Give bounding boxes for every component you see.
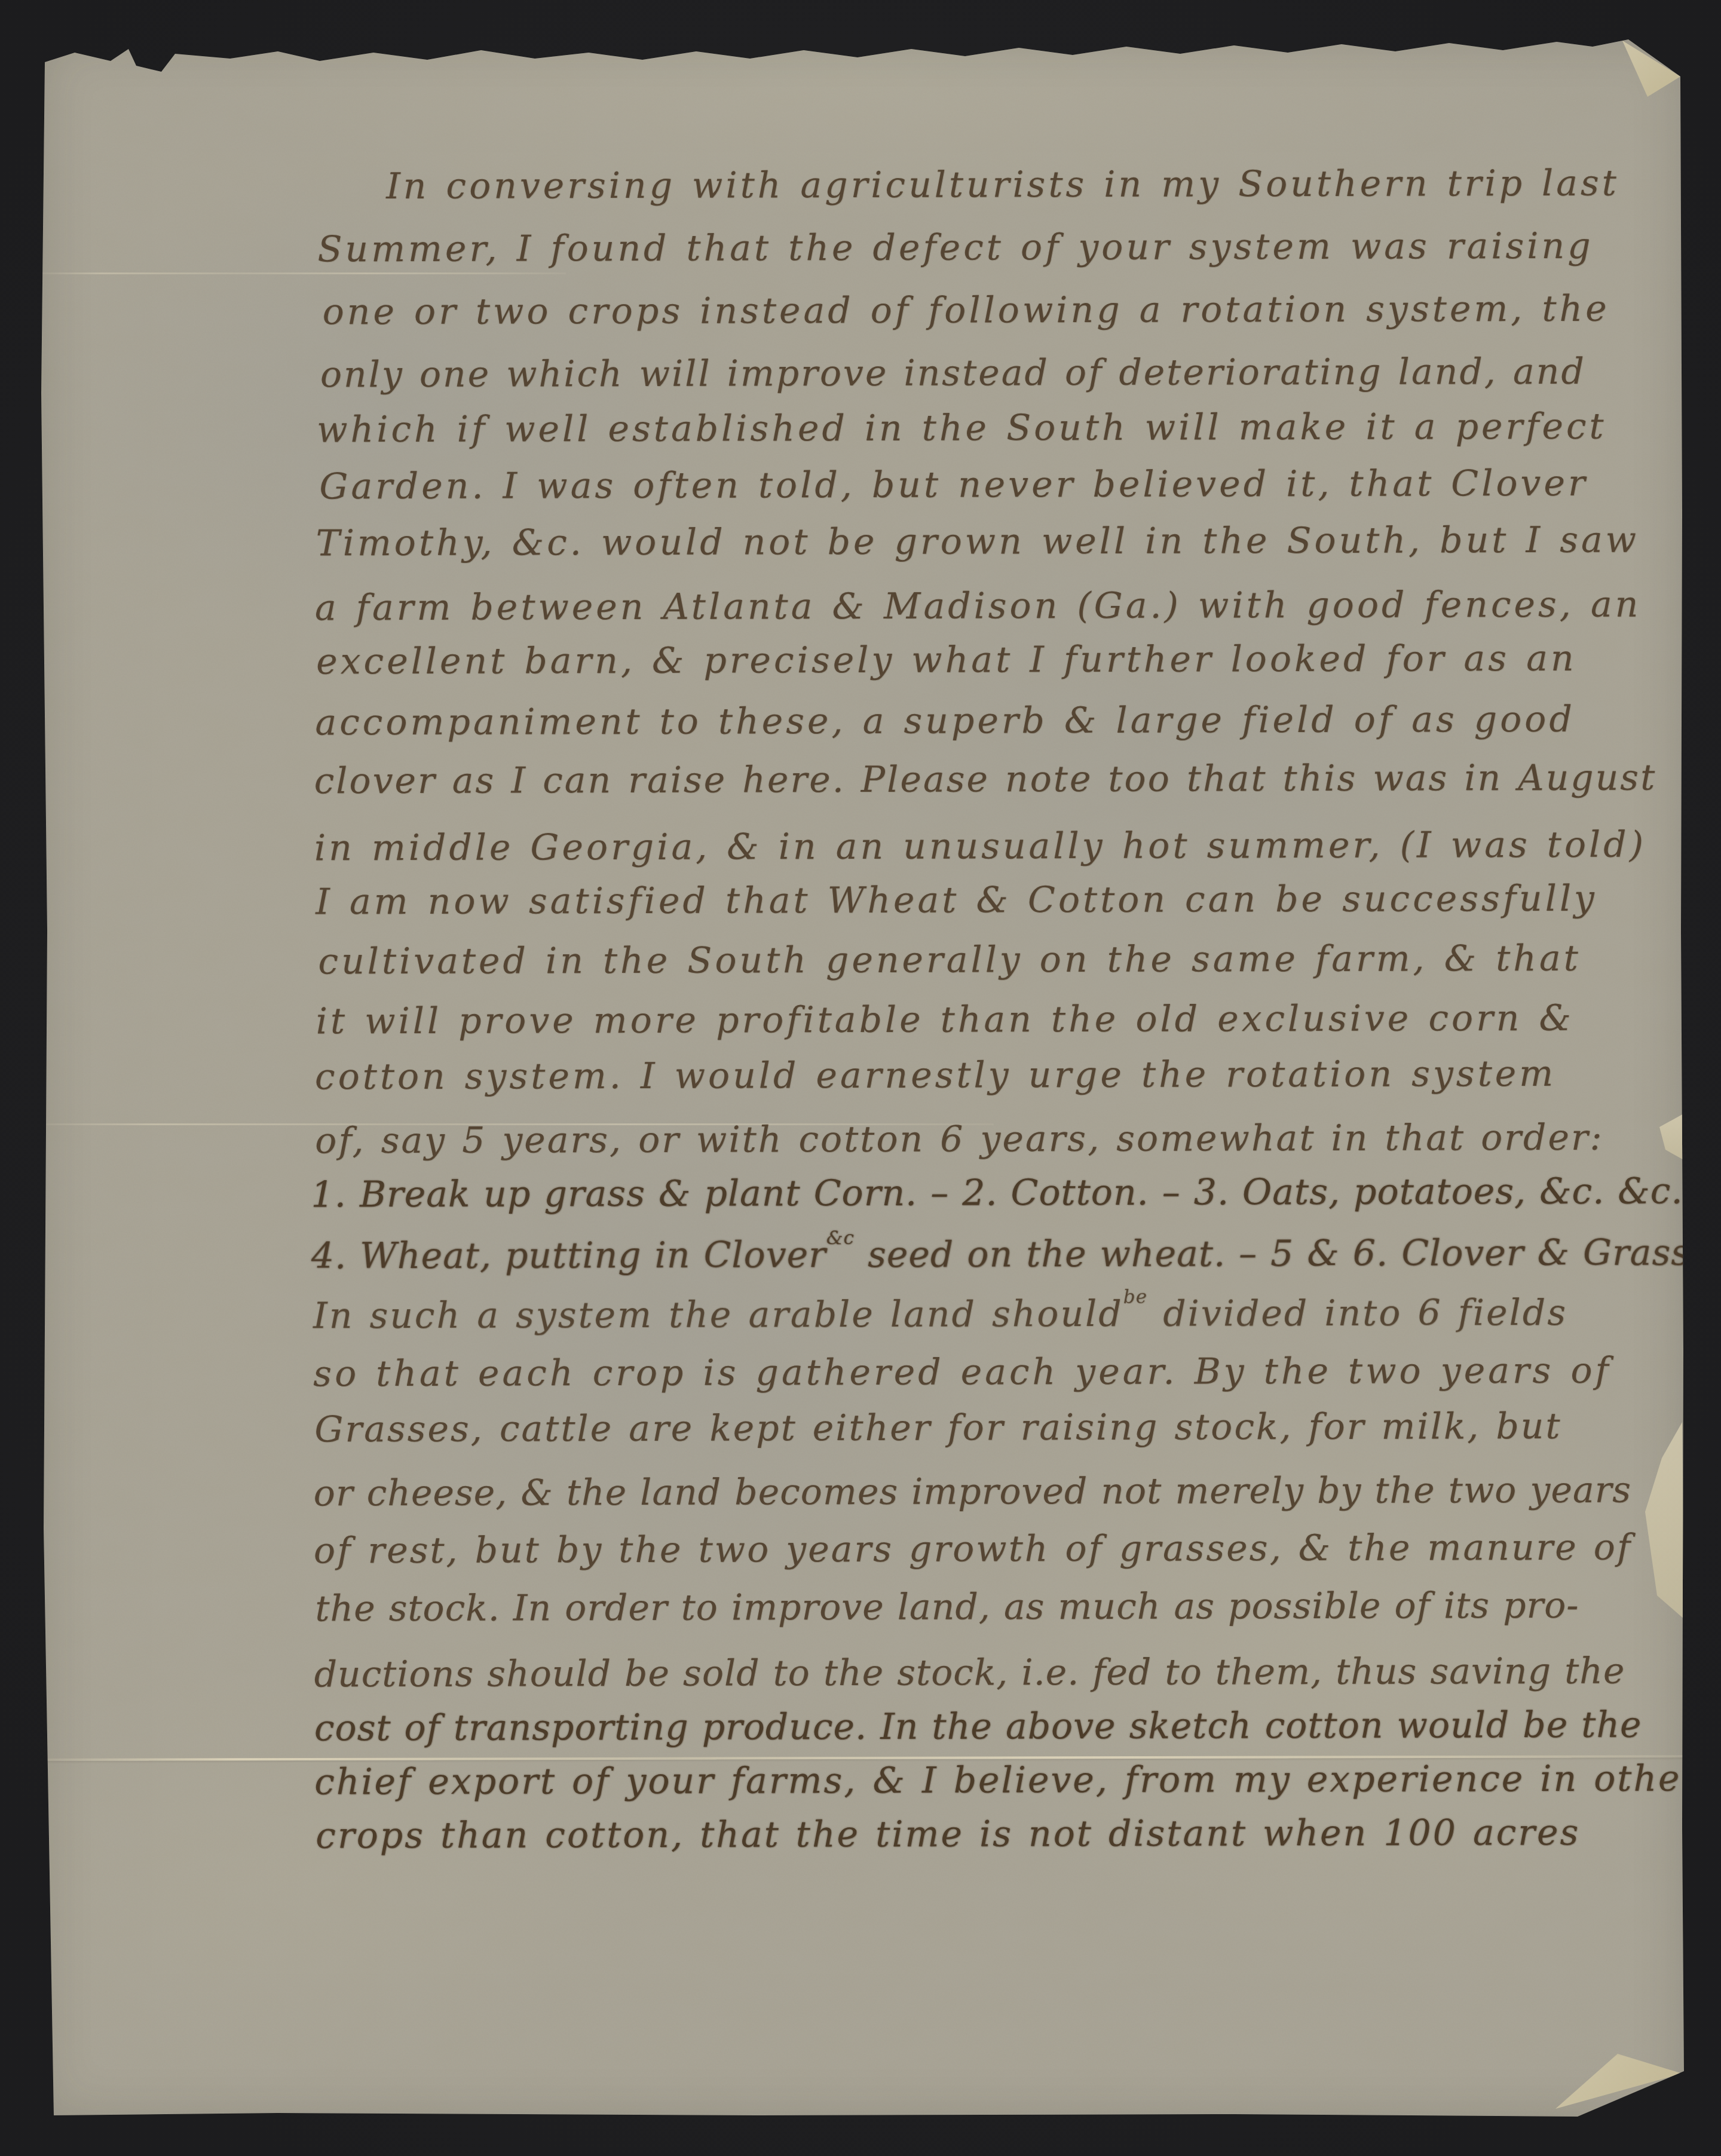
manuscript-line: I am now satisfied that Wheat & Cotton c… [316, 881, 1597, 920]
line-segment: seed on the wheat. – 5 & 6. Clover & Gra… [855, 1232, 1690, 1276]
manuscript-line: clover as I can raise here. Please note … [314, 760, 1657, 800]
inserted-text: &c [826, 1227, 855, 1249]
manuscript-line: or cheese, & the land becomes improved n… [314, 1472, 1631, 1512]
scan-background: In conversing with agriculturists in my … [0, 0, 1721, 2156]
manuscript-line: 4. Wheat, putting in Clover&c seed on th… [311, 1235, 1690, 1274]
manuscript-line: the stock. In order to improve land, as … [315, 1588, 1579, 1627]
manuscript-line: cost of transporting produce. In the abo… [314, 1707, 1642, 1747]
manuscript-line: excellent barn, & precisely what I furth… [316, 641, 1576, 680]
manuscript-line: in middle Georgia, & in an unusually hot… [314, 827, 1646, 866]
manuscript-line: one or two crops instead of following a … [323, 291, 1610, 330]
manuscript-line: Timothy, &c. would not be grown well in … [316, 522, 1640, 562]
manuscript-line: of rest, but by the two years growth of … [314, 1530, 1632, 1569]
line-segment: In such a system the arable land should [313, 1293, 1123, 1337]
manuscript-line: Garden. I was often told, but never beli… [319, 465, 1588, 505]
handwriting: In conversing with agriculturists in my … [36, 32, 1688, 2123]
manuscript-line: chief export of your farms, & I believe,… [314, 1760, 1700, 1800]
manuscript-line: it will prove more profitable than the o… [316, 1000, 1574, 1040]
manuscript-line: so that each crop is gathered each year.… [313, 1353, 1612, 1392]
inserted-text: be [1123, 1287, 1148, 1308]
line-segment: 4. Wheat, putting in Clover [311, 1234, 826, 1277]
manuscript-line: of, say 5 years, or with cotton 6 years,… [315, 1120, 1604, 1159]
letter-page: In conversing with agriculturists in my … [39, 35, 1686, 2121]
manuscript-line: only one which will improve instead of d… [320, 354, 1586, 393]
manuscript-line: In such a system the arable land shouldb… [313, 1295, 1567, 1334]
manuscript-line: crops than cotton, that the time is not … [316, 1815, 1580, 1854]
manuscript-line: which if well established in the South w… [317, 409, 1607, 448]
manuscript-line: ductions should be sold to the stock, i.… [314, 1653, 1625, 1693]
manuscript-line: Grasses, cattle are kept either for rais… [314, 1408, 1561, 1447]
manuscript-line: 1. Break up grass & plant Corn. – 2. Cot… [311, 1173, 1714, 1212]
manuscript-line: cultivated in the South generally on the… [318, 941, 1581, 980]
line-segment: divided into 6 fields [1147, 1292, 1567, 1335]
manuscript-line: accompaniment to these, a superb & large… [315, 702, 1575, 741]
manuscript-line: Summer, I found that the defect of your … [317, 228, 1593, 268]
manuscript-line: a farm between Atlanta & Madison (Ga.) w… [315, 587, 1642, 626]
manuscript-line: cotton system. I would earnestly urge th… [315, 1056, 1556, 1095]
manuscript-line: In conversing with agriculturists in my … [386, 166, 1619, 204]
